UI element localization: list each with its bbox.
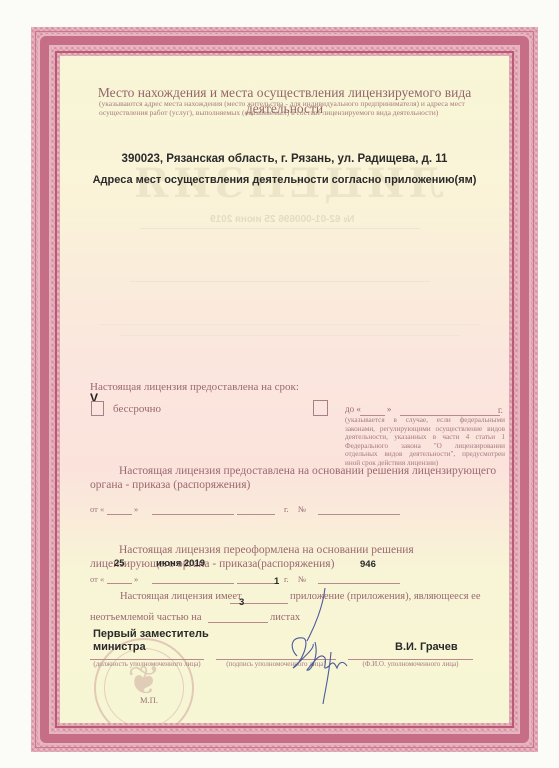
attachments-pages-line xyxy=(208,622,268,623)
grant-date-close: » xyxy=(134,504,138,514)
until-note: (указывается в случае, если федеральными… xyxy=(345,416,505,468)
grant-year-suffix: г. xyxy=(284,504,289,514)
grant-year-line xyxy=(237,514,275,515)
handwritten-signature xyxy=(285,586,355,706)
grant-date-line: от « xyxy=(90,504,104,514)
reissue-text: Настоящая лицензия переоформлена на осно… xyxy=(90,543,500,571)
until-checkbox[interactable] xyxy=(313,400,328,416)
grant-month-line xyxy=(152,514,234,515)
signer-position-line2: министра xyxy=(93,641,209,654)
reissue-date-line: от « xyxy=(90,574,104,584)
caption-name: (Ф.И.О. уполномоченного лица) xyxy=(348,660,473,668)
reissue-month-line xyxy=(152,583,234,584)
attachments-pages-prefix: неотъемлемой частью на xyxy=(90,612,201,623)
reissue-number-prefix: № xyxy=(298,574,306,584)
attachments-count: 1 xyxy=(274,576,279,587)
activity-addresses: Адреса мест осуществления деятельности с… xyxy=(60,174,509,186)
reissue-date-close: » xyxy=(134,574,138,584)
signer-name: В.И. Грачев xyxy=(395,641,458,653)
grant-day-line xyxy=(107,514,132,515)
reissue-day-line xyxy=(107,583,132,584)
grant-number-line xyxy=(318,514,400,515)
grant-number-prefix: № xyxy=(298,504,306,514)
bleed-line xyxy=(100,324,480,325)
attachments-pages: 3 xyxy=(239,597,244,608)
reissue-year-suffix: г. xyxy=(284,574,289,584)
reissue-month-year: июня 2019 xyxy=(156,558,205,569)
paper-area: ЛИЦЕНЗИЯ № 62-01-000696 25 июня 2019 Мес… xyxy=(60,56,509,723)
location-section-note: (указываются адрес места нахождения (мес… xyxy=(99,99,497,117)
perpetual-label: бессрочно xyxy=(113,403,161,415)
attachments-text-before: Настоящая лицензия имеет xyxy=(120,591,242,602)
grant-text: Настоящая лицензия предоставлена на осно… xyxy=(90,464,500,492)
bleed-through-number: № 62-01-000696 25 июня 2019 xyxy=(210,214,354,225)
signer-position: Первый заместитель министра xyxy=(93,628,209,654)
reissue-year-line xyxy=(237,583,275,584)
license-sheet: ЛИЦЕНЗИЯ № 62-01-000696 25 июня 2019 Мес… xyxy=(31,27,538,752)
perpetual-checkbox[interactable] xyxy=(91,401,104,416)
until-label: до «» xyxy=(345,404,391,414)
bleed-line xyxy=(140,228,420,229)
reissue-number-line xyxy=(318,583,400,584)
until-year-suffix: г. xyxy=(498,405,503,415)
caption-position: (должность уполномоченного лица) xyxy=(90,660,204,668)
license-address: 390023, Рязанская область, г. Рязань, ул… xyxy=(60,153,509,165)
reissue-number: 946 xyxy=(360,559,376,570)
bleed-line xyxy=(130,281,430,282)
reissue-day: 25 xyxy=(114,558,125,569)
signer-position-line1: Первый заместитель xyxy=(93,628,209,641)
seal-label: М.П. xyxy=(140,695,158,705)
term-label: Настоящая лицензия предоставлена на срок… xyxy=(90,381,299,393)
bleed-line xyxy=(120,335,460,336)
